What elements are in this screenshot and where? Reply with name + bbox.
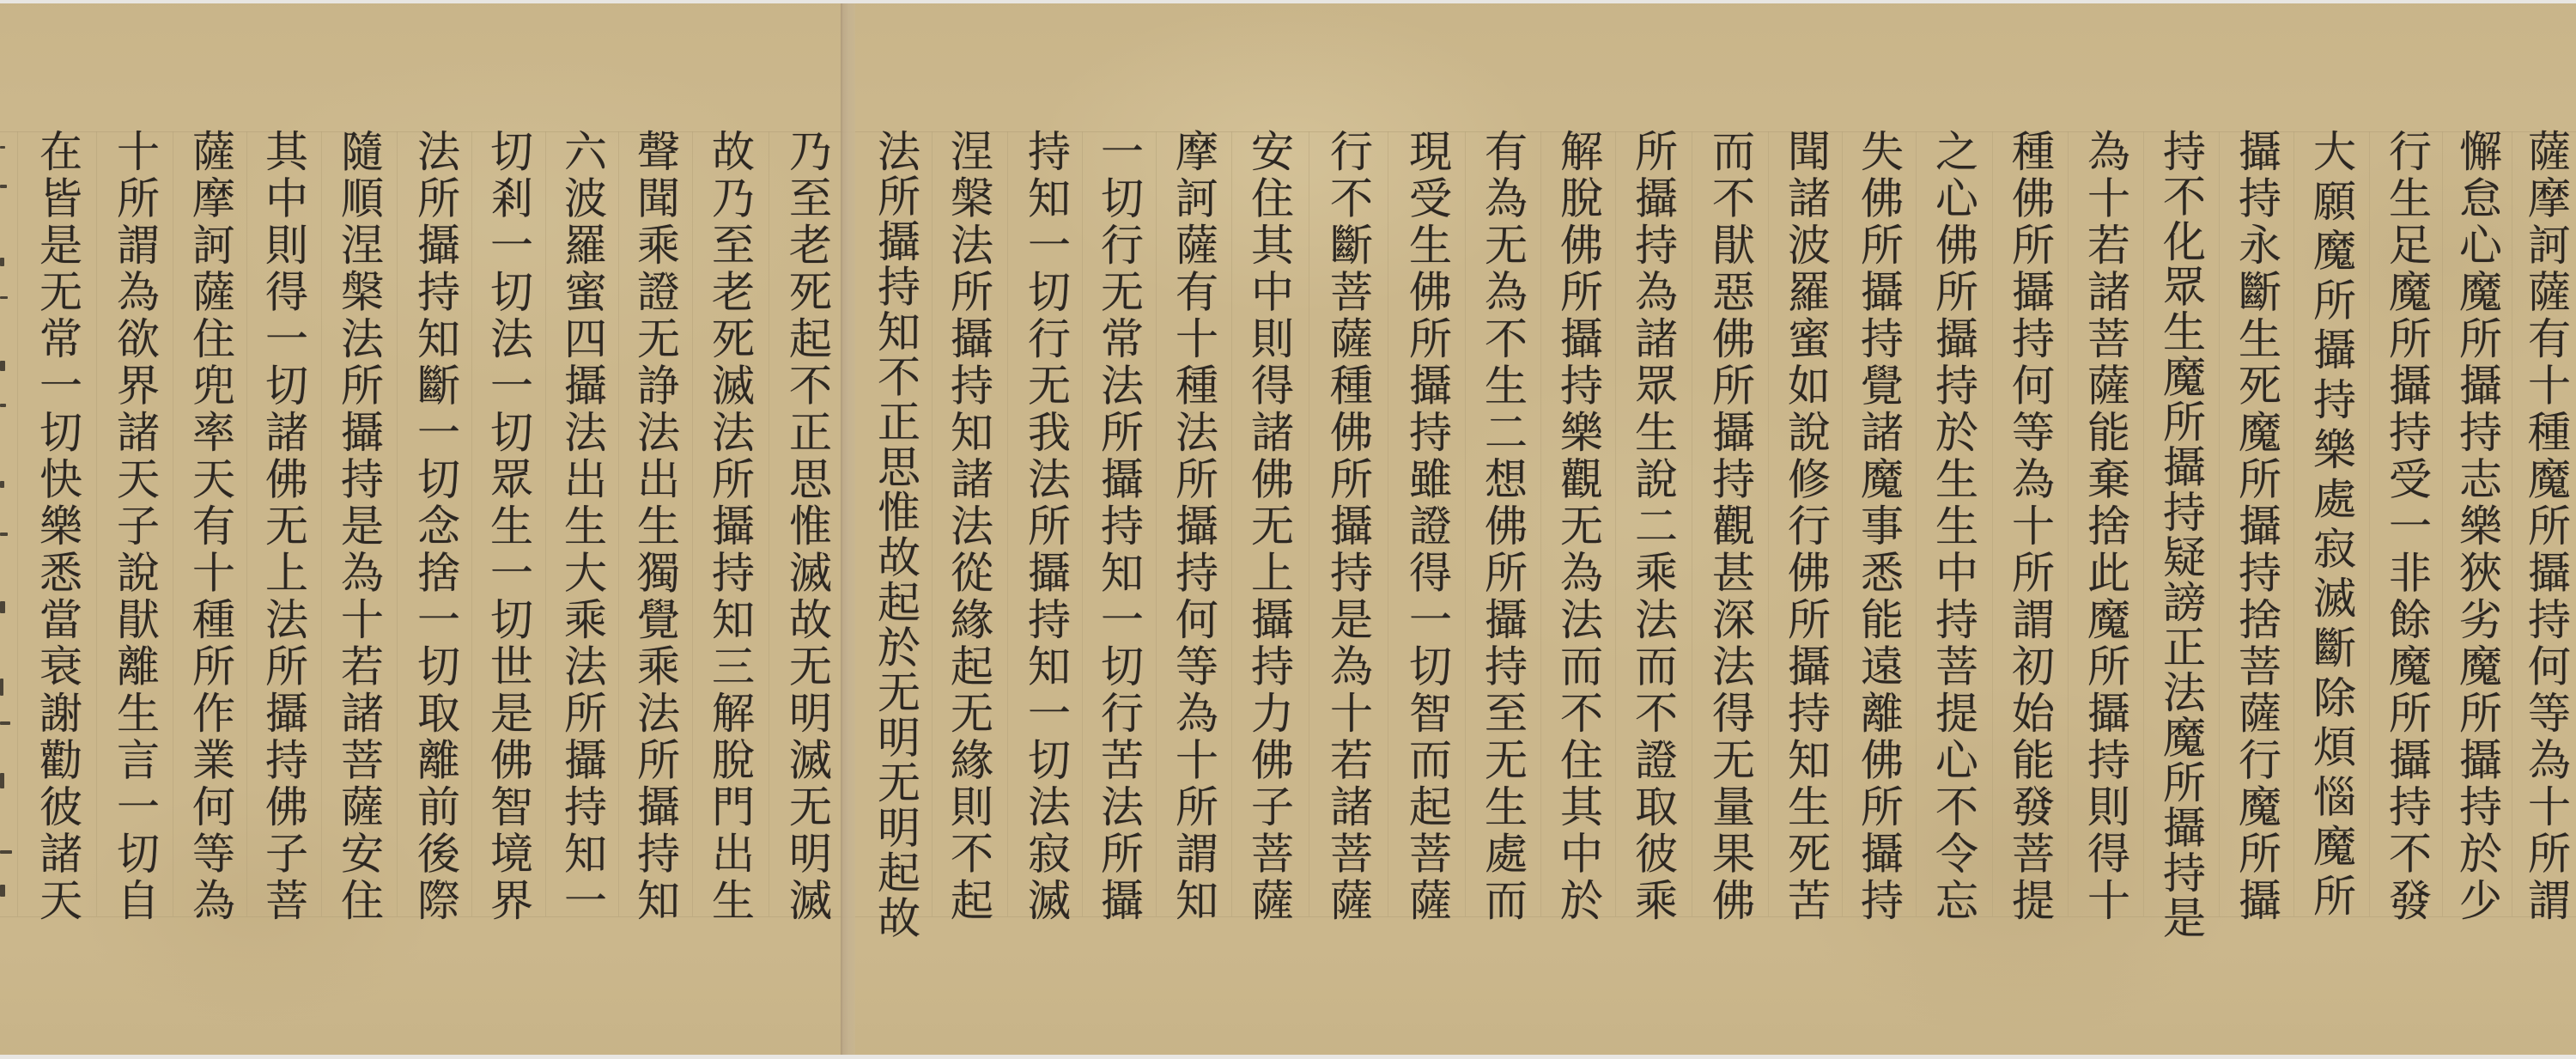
text-column-14: 解脫佛所攝持樂觀无為法而不住其中於 <box>1552 129 1604 996</box>
column-ruled-line <box>692 131 693 916</box>
column-ruled-line <box>2442 131 2443 916</box>
text-column-18: 安住其中則得諸佛无上攝持力佛子菩薩 <box>1243 129 1295 996</box>
column-ruled-line <box>246 131 247 916</box>
column-ruled-line <box>1615 131 1616 916</box>
text-column-28: 切剎一切法一切眾生一切世是佛智境界 <box>483 129 534 996</box>
column-ruled-line <box>2143 131 2144 916</box>
text-column-12: 而不猒惡佛所攝持觀甚深法得无量果佛 <box>1704 129 1756 996</box>
text-column-15: 有為无為不生二想佛所攝持至无生處而 <box>1477 129 1528 996</box>
paper-sheet-seam <box>841 3 855 1055</box>
text-column-05: 攝持永斷生死魔所攝持捨菩薩行魔所攝 <box>2231 129 2282 996</box>
column-ruled-line <box>321 131 322 916</box>
text-column-24: 乃至老死起不正思惟滅故无明滅无明滅 <box>781 129 833 996</box>
text-column-10: 失佛所攝持覺諸魔事悉能遠離佛所攝持 <box>1853 129 1905 996</box>
text-column-33: 十所謂為欲界諸天子說猒離生言一切自 <box>109 129 161 996</box>
text-column-20: 一切行无常法所攝持知一切行苦法所攝 <box>1093 129 1145 996</box>
text-column-19: 摩訶薩有十種法所攝持何等為十所謂知 <box>1168 129 1219 996</box>
column-ruled-line <box>2512 131 2512 916</box>
text-column-30: 隨順涅槃法所攝持是為十若諸菩薩安住 <box>333 129 385 996</box>
text-column-21: 持知一切行无我法所攝持知一切法寂滅 <box>1020 129 1072 996</box>
text-column-11: 聞諸波羅蜜如說修行佛所攝持知生死苦 <box>1780 129 1832 996</box>
text-column-07: 為十若諸菩薩能棄捨此魔所攝持則得十 <box>2080 129 2131 996</box>
column-ruled-line <box>1388 131 1388 916</box>
text-column-06: 持不化眾生魔所攝持疑謗正法魔所攝持是 <box>2155 129 2207 996</box>
text-column-09: 之心佛所攝持於生生中持菩提心不令忘 <box>1928 129 1979 996</box>
column-ruled-line <box>1309 131 1309 916</box>
text-column-01: 薩摩訶薩有十種魔所攝持何等為十所謂 <box>2520 129 2572 996</box>
column-ruled-line <box>2068 131 2069 916</box>
column-ruled-line <box>1768 131 1769 916</box>
column-ruled-line <box>2369 131 2370 916</box>
text-column-32: 薩摩訶薩住兜率天有十種所作業何等為 <box>185 129 236 996</box>
text-column-26: 聲聞乘證无諍法出生獨覺乘法所攝持知 <box>629 129 681 996</box>
column-ruled-line <box>1992 131 1993 916</box>
text-column-31: 其中則得一切諸佛无上法所攝持佛子菩 <box>258 129 309 996</box>
text-column-23: 法所攝持知不正思惟故起於无明无明起故 <box>870 129 921 996</box>
column-ruled-line <box>173 131 173 916</box>
column-ruled-line <box>1842 131 1843 916</box>
column-ruled-line <box>618 131 619 916</box>
text-column-22: 涅槃法所攝持知諸法從緣起无緣則不起 <box>943 129 994 996</box>
column-ruled-line <box>96 131 97 916</box>
column-ruled-line <box>1916 131 1917 916</box>
text-column-16: 現受生佛所攝持雖證得一切智而起菩薩 <box>1401 129 1453 996</box>
column-ruled-line <box>545 131 546 916</box>
text-column-17: 行不斷菩薩種佛所攝持是為十若諸菩薩 <box>1322 129 1374 996</box>
column-ruled-line <box>1007 131 1008 916</box>
column-ruled-line <box>1082 131 1083 916</box>
column-ruled-line <box>2219 131 2220 916</box>
column-ruled-line <box>471 131 472 916</box>
text-column-13: 所攝持為諸眾生說二乘法而不證取彼乘 <box>1627 129 1679 996</box>
column-ruled-line <box>1156 131 1157 916</box>
column-ruled-line <box>1465 131 1466 916</box>
column-ruled-line <box>397 131 398 916</box>
column-ruled-line <box>1231 131 1232 916</box>
column-ruled-line <box>1692 131 1692 916</box>
column-ruled-line <box>2293 131 2294 916</box>
text-column-29: 法所攝持知斷一切念捨一切取離前後際 <box>410 129 461 996</box>
manuscript-scroll: 薩摩訶薩有十種魔所攝持何等為十所謂 懈怠心魔所攝持志樂狹劣魔所攝持於少 行生足魔… <box>0 0 2576 1059</box>
text-column-34: 在皆是无常一切快樂悉當衰謝勸彼諸天 <box>32 129 83 996</box>
column-ruled-line <box>1540 131 1541 916</box>
column-ruled-line <box>17 131 18 916</box>
bottom-margin-strip <box>0 1055 2576 1059</box>
text-column-25: 故乃至老死滅法所攝持知三解脫門出生 <box>704 129 756 996</box>
text-column-08: 種佛所攝持何等為十所謂初始能發菩提 <box>2004 129 2056 996</box>
text-column-04: 大願魔所攝持樂處寂滅斷除煩惱魔所 <box>2306 129 2357 996</box>
text-column-02: 懈怠心魔所攝持志樂狹劣魔所攝持於少 <box>2451 129 2503 996</box>
text-column-27: 六波羅蜜四攝法出生大乘法所攝持知一 <box>556 129 608 996</box>
text-column-03: 行生足魔所攝持受一非餘魔所攝持不發 <box>2381 129 2433 996</box>
column-ruled-line <box>932 131 933 916</box>
top-margin-strip <box>0 0 2576 3</box>
column-ruled-line <box>769 131 769 916</box>
